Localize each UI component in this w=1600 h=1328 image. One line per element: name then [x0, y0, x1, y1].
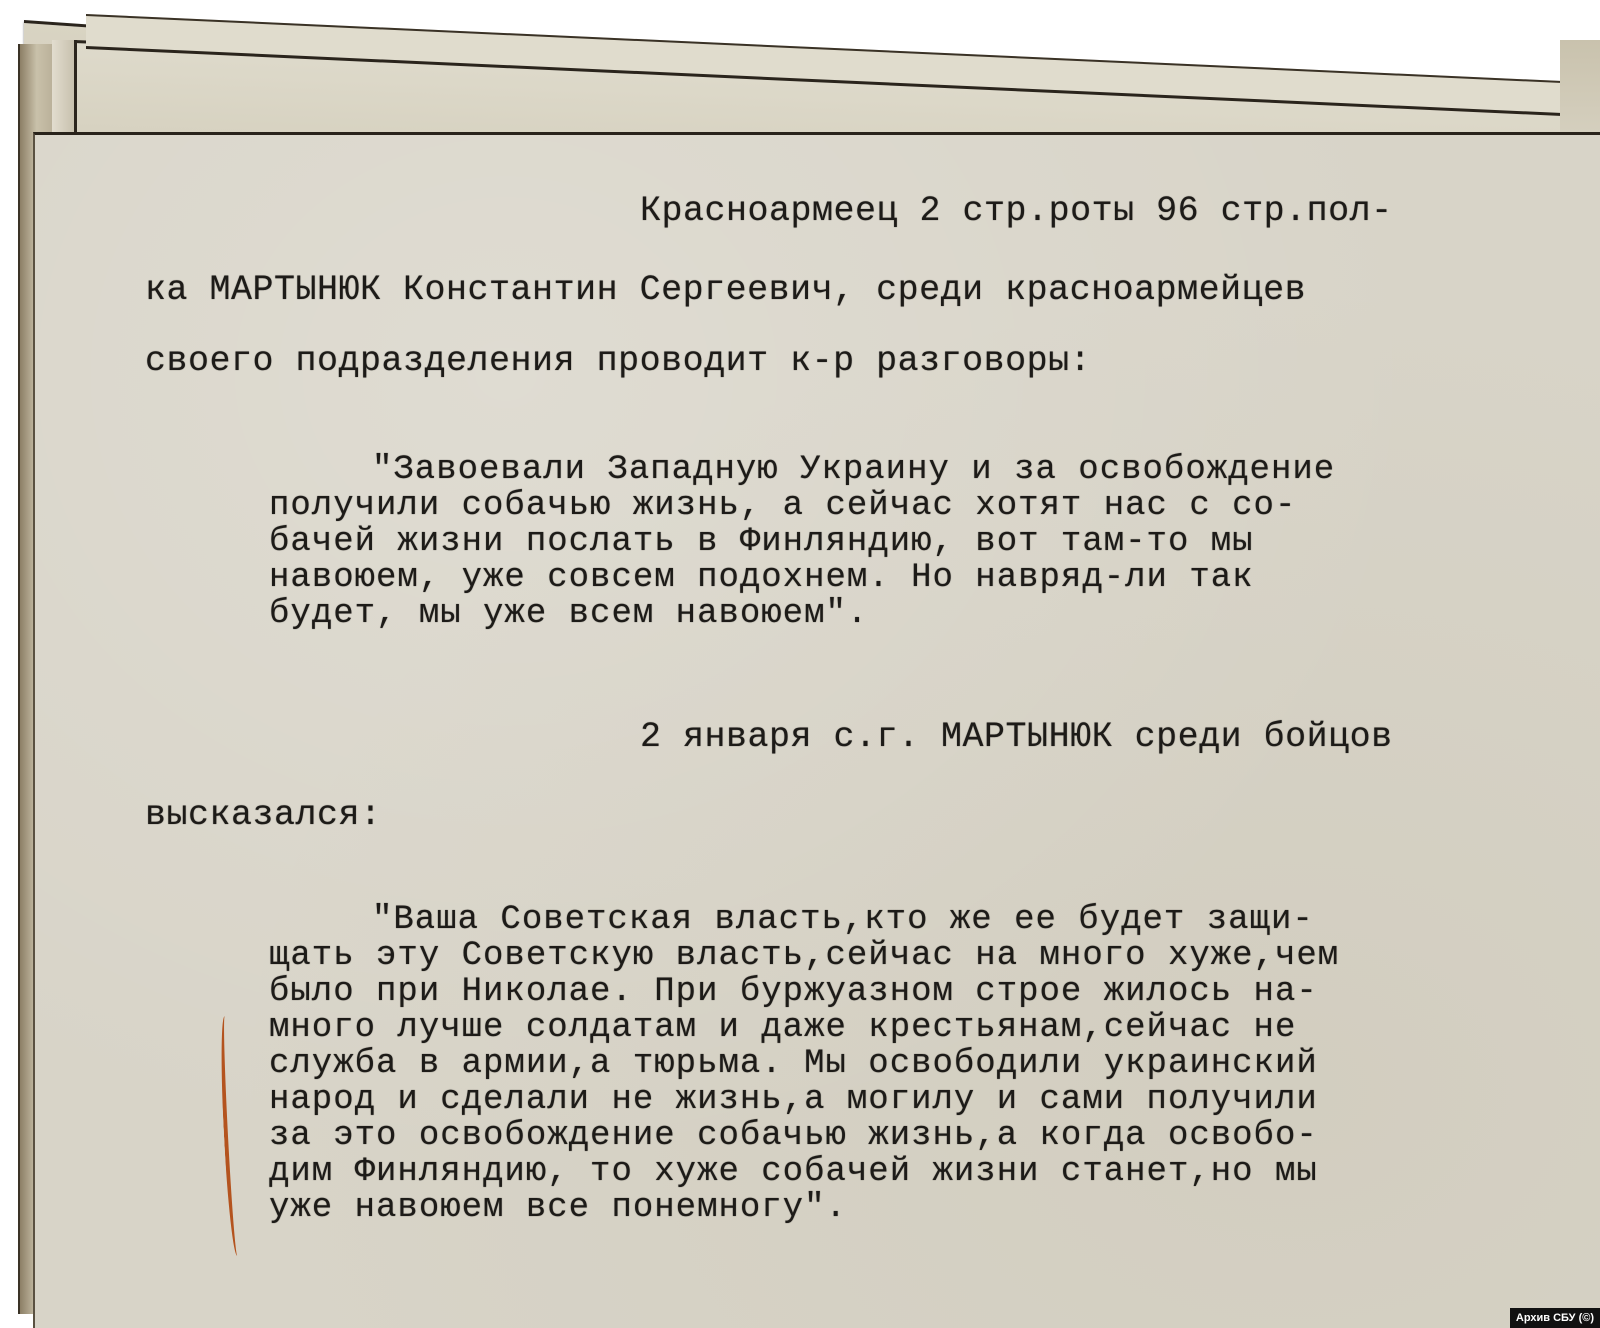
- quote-1-line: бачей жизни послать в Финляндию, вот там…: [269, 525, 1254, 559]
- quote-2-line: щать эту Советскую власть,сейчас на мног…: [269, 939, 1339, 973]
- paragraph-2-line-1: 2 января с.г. МАРТЫНЮК среди бойцов: [640, 717, 1393, 757]
- quote-1-line: навоюем, уже совсем подохнем. Но навряд-…: [269, 561, 1254, 595]
- quote-1-line: будет, мы уже всем навоюем".: [269, 597, 868, 631]
- archive-credit-label: Архив СБУ (©): [1510, 1308, 1600, 1328]
- paragraph-1-line-2: ка МАРТЫНЮК Константин Сергеевич, среди …: [145, 270, 1306, 310]
- paragraph-1-line-1: Красноармеец 2 стр.роты 96 стр.пол-: [640, 191, 1393, 231]
- quote-1-line: получили собачью жизнь, а сейчас хотят н…: [269, 489, 1296, 523]
- paragraph-1-line-3: своего подразделения проводит к-р разгов…: [145, 341, 1091, 381]
- quote-2-line: служба в армии,а тюрьма. Мы освободили у…: [269, 1047, 1318, 1081]
- paragraph-2-line-2: высказался:: [145, 795, 382, 835]
- quote-2-line: уже навоюем все понемногу".: [269, 1191, 847, 1225]
- quote-2-line: много лучше солдатам и даже крестьянам,с…: [269, 1011, 1296, 1045]
- stacked-pages-edge: [52, 40, 77, 135]
- quote-2-line: дим Финляндию, то хуже собачей жизни ста…: [269, 1155, 1318, 1189]
- quote-1-line: "Завоевали Западную Украину и за освобож…: [372, 453, 1335, 487]
- quote-2-line: "Ваша Советская власть,кто же ее будет з…: [372, 903, 1314, 937]
- quote-2-line: было при Николае. При буржуазном строе ж…: [269, 975, 1318, 1009]
- quote-2-line: народ и сделали не жизнь,а могилу и сами…: [269, 1083, 1318, 1117]
- quote-2-line: за это освобождение собачью жизнь,а когд…: [269, 1119, 1318, 1153]
- typed-document-page: Красноармеец 2 стр.роты 96 стр.пол- ка М…: [33, 132, 1600, 1328]
